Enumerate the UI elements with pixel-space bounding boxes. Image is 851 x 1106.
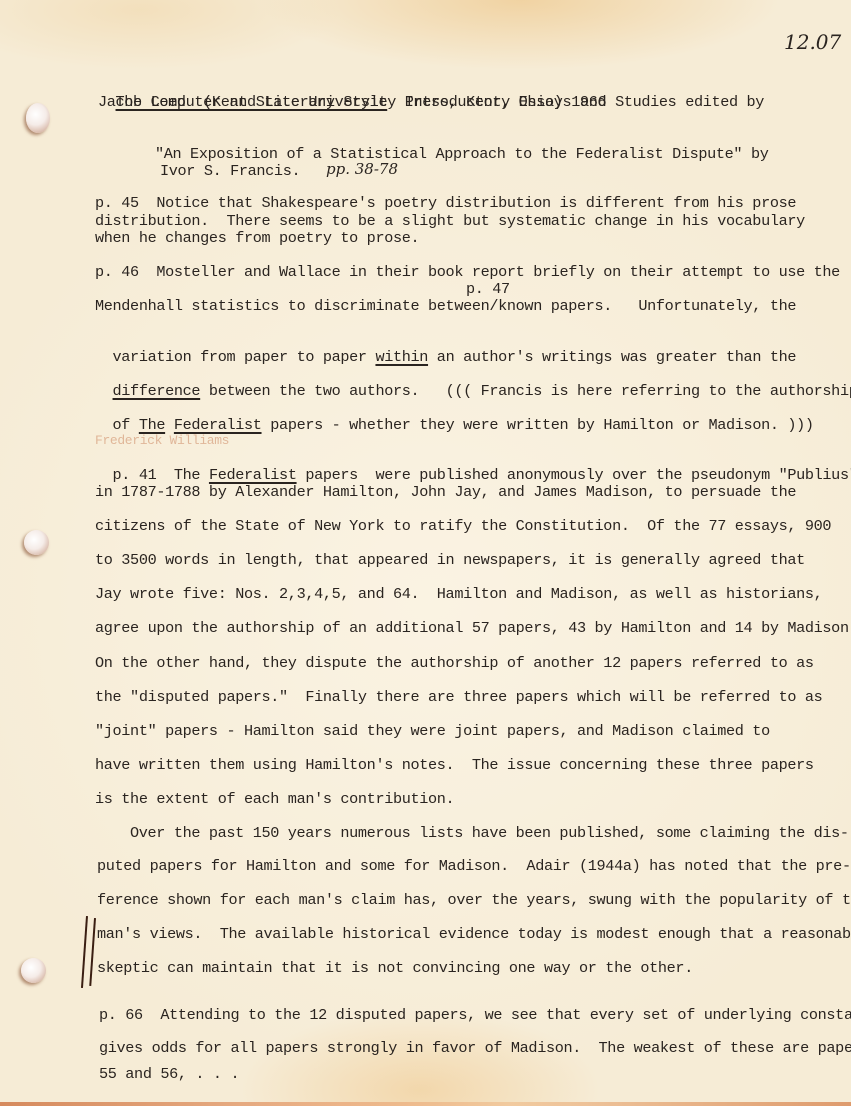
handwritten-page-range: pp. 38-78 [326, 160, 398, 178]
punch-hole-bottom [21, 958, 46, 983]
note-p66-line: gives odds for all papers strongly in fa… [99, 1040, 851, 1057]
note-p45-line: distribution. There seems to be a slight… [95, 213, 805, 230]
note-p45-line: when he changes from poetry to prose. [95, 230, 419, 247]
note-p46-line: of The Federalist papers - whether they … [95, 400, 814, 434]
note-p41-line: p. 41 The Federalist papers were publish… [95, 450, 851, 484]
note-p41-line: to 3500 words in length, that appeared i… [95, 552, 805, 569]
note-p45-line: p. 45 Notice that Shakespeare's poetry d… [95, 195, 796, 212]
paragraph-line: skeptic can maintain that it is not conv… [97, 960, 693, 977]
note-p46-line: p. 46 Mosteller and Wallace in their boo… [95, 264, 840, 281]
note-p46-line: variation from paper to paper within an … [95, 332, 796, 366]
note-p41-line: Jay wrote five: Nos. 2,3,4,5, and 64. Ha… [95, 586, 822, 603]
text: papers were published anonymously over t… [297, 466, 851, 484]
note-p41-line: "joint" papers - Hamilton said they were… [95, 723, 770, 740]
paragraph-line: Over the past 150 years numerous lists h… [130, 825, 849, 842]
page-edge-stain [0, 1102, 851, 1106]
text: between the two authors. ((( Francis is … [200, 382, 851, 400]
citation-line-2: Jacob Leed (Kent State University Press,… [98, 94, 606, 111]
note-p41-line: agree upon the authorship of an addition… [95, 620, 851, 637]
margin-mark-line [81, 916, 88, 988]
punch-hole-middle [24, 530, 49, 555]
note-p41-line: On the other hand, they dispute the auth… [95, 655, 814, 672]
note-p41-line: the "disputed papers." Finally there are… [95, 689, 822, 706]
underlined-federalist: Federalist [209, 466, 297, 484]
note-p46-line: difference between the two authors. ((( … [95, 366, 851, 400]
note-p41-line: is the extent of each man's contribution… [95, 791, 454, 808]
essay-title: "An Exposition of a Statistical Approach… [155, 146, 768, 163]
note-p66-line: p. 66 Attending to the 12 disputed paper… [99, 1007, 851, 1024]
text: an author's writings was greater than th… [428, 348, 796, 366]
paragraph-line: man's views. The available historical ev… [97, 926, 851, 943]
text: variation from paper to paper [113, 348, 376, 366]
essay-author: Ivor S. Francis. [160, 163, 300, 180]
underlined-within: within [375, 348, 428, 366]
punch-hole-top [26, 103, 50, 133]
handwritten-page-number: 12.07 [784, 30, 841, 54]
text: papers - whether they were written by Ha… [262, 416, 814, 434]
text: p. 41 The [113, 466, 209, 484]
note-p46-line: Mendenhall statistics to discriminate be… [95, 298, 796, 315]
bleed-through-text: Frederick Williams [95, 432, 229, 449]
page-insert-p47: p. 47 [466, 281, 510, 298]
underlined-difference: difference [113, 382, 201, 400]
note-p41-line: have written them using Hamilton's notes… [95, 757, 814, 774]
note-p41-line: citizens of the State of New York to rat… [95, 518, 831, 535]
note-p66-line: 55 and 56, . . . [99, 1066, 239, 1083]
paragraph-line: puted papers for Hamilton and some for M… [97, 858, 851, 875]
margin-mark-line [89, 918, 96, 986]
note-p41-line: in 1787-1788 by Alexander Hamilton, John… [95, 484, 796, 501]
paragraph-line: ference shown for each man's claim has, … [97, 892, 851, 909]
